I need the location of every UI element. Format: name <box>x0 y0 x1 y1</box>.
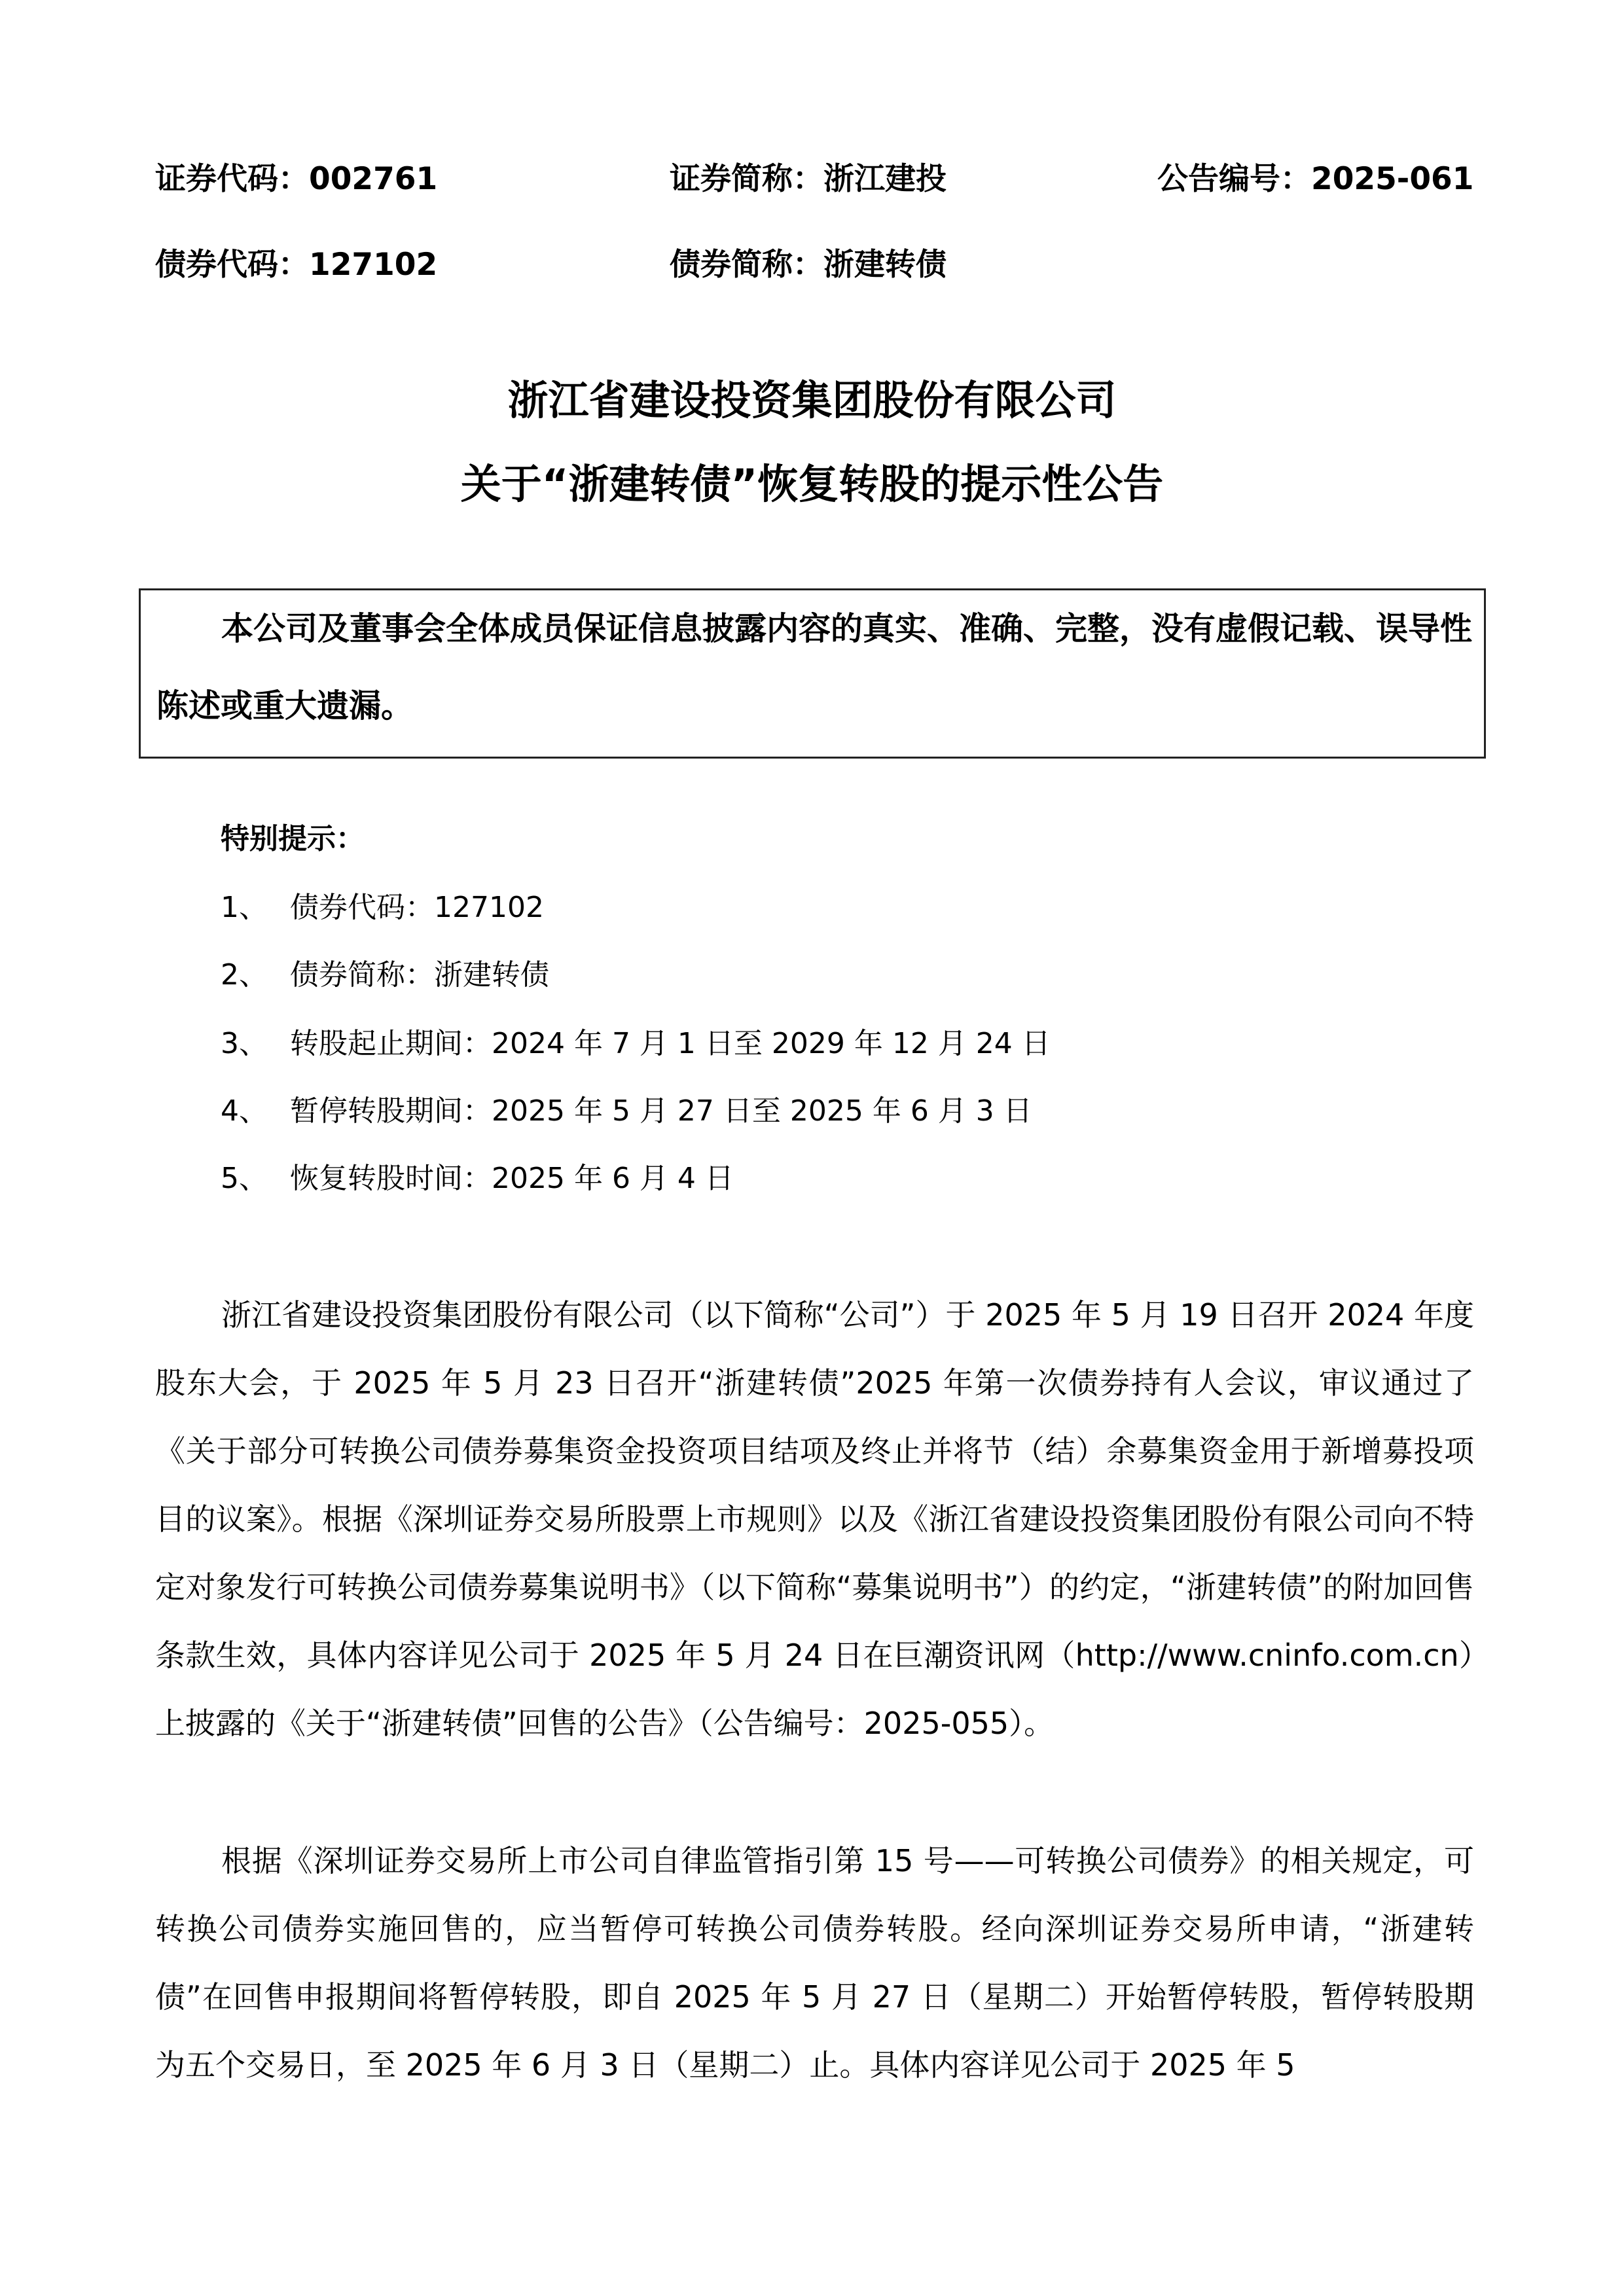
body-paragraph-1: 浙江省建设投资集团股份有限公司（以下简称“公司”）于 2025 年 5 月 19… <box>155 1281 1474 1757</box>
board-statement-box: 本公司及董事会全体成员保证信息披露内容的真实、准确、完整，没有虚假记载、误导性陈… <box>139 588 1486 759</box>
security-abbr: 证券简称：浙江建投 <box>670 160 947 199</box>
announcement-number-value: 2025-061 <box>1311 161 1473 197</box>
bond-abbr: 债券简称：浙建转债 <box>670 245 947 285</box>
tip-item-resumption-date: 5、恢复转股时间：2025 年 6 月 4 日 <box>221 1159 734 1198</box>
bond-code-label: 债券代码： <box>155 247 309 283</box>
board-statement-text: 本公司及董事会全体成员保证信息披露内容的真实、准确、完整，没有虚假记载、误导性陈… <box>156 590 1472 745</box>
tip-number: 2、 <box>221 956 290 995</box>
tip-text: 恢复转股时间：2025 年 6 月 4 日 <box>290 1162 734 1195</box>
tip-item-suspension-period: 4、暂停转股期间：2025 年 5 月 27 日至 2025 年 6 月 3 日 <box>221 1092 1032 1131</box>
bond-abbr-label: 债券简称： <box>670 247 823 283</box>
tip-number: 4、 <box>221 1092 290 1131</box>
document-title-company: 浙江省建设投资集团股份有限公司 <box>0 374 1624 427</box>
body-paragraph-2: 根据《深圳证券交易所上市公司自律监管指引第 15 号——可转换公司债券》的相关规… <box>155 1827 1474 2099</box>
security-abbr-label: 证券简称： <box>670 161 823 197</box>
document-title-subject: 关于“浙建转债”恢复转股的提示性公告 <box>0 458 1624 511</box>
tip-text: 债券简称：浙建转债 <box>290 958 549 992</box>
security-code-value: 002761 <box>309 161 437 197</box>
bond-abbr-value: 浙建转债 <box>823 247 947 283</box>
tip-number: 5、 <box>221 1159 290 1198</box>
announcement-number-label: 公告编号： <box>1157 161 1311 197</box>
security-code: 证券代码：002761 <box>155 160 437 199</box>
security-code-label: 证券代码： <box>155 161 309 197</box>
tip-text: 转股起止期间：2024 年 7 月 1 日至 2029 年 12 月 24 日 <box>290 1027 1051 1060</box>
tip-number: 1、 <box>221 888 290 927</box>
tip-item-bond-abbr: 2、债券简称：浙建转债 <box>221 956 549 995</box>
security-abbr-value: 浙江建投 <box>823 161 947 197</box>
tip-text: 债券代码：127102 <box>290 891 544 924</box>
special-tips-heading: 特别提示： <box>221 819 365 859</box>
bond-code: 债券代码：127102 <box>155 245 437 285</box>
tip-text: 暂停转股期间：2025 年 5 月 27 日至 2025 年 6 月 3 日 <box>290 1094 1032 1128</box>
tip-item-conversion-period: 3、转股起止期间：2024 年 7 月 1 日至 2029 年 12 月 24 … <box>221 1024 1051 1064</box>
bond-code-value: 127102 <box>309 247 437 283</box>
tip-item-bond-code: 1、债券代码：127102 <box>221 888 544 927</box>
tip-number: 3、 <box>221 1024 290 1064</box>
announcement-number: 公告编号：2025-061 <box>1157 160 1473 199</box>
